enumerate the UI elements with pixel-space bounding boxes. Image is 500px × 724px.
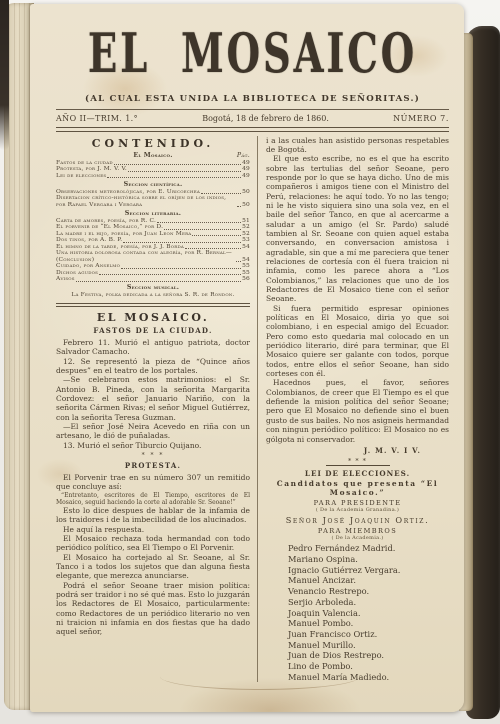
toc-dot-leader (236, 261, 241, 262)
list-item: Venancio Restrepo. (288, 586, 449, 597)
toc-dot-leader (237, 206, 241, 207)
toc-dot-leader (157, 222, 241, 223)
protesta-continuation: i a las cuales han asistido personas res… (266, 136, 449, 444)
toc-label: Lei de elecciones (56, 173, 106, 180)
toc-page-number: 56 (242, 276, 250, 283)
masthead-double-rule (56, 127, 449, 132)
book-spine (0, 0, 9, 150)
divider-ornament: * * * (326, 456, 390, 466)
toc-label: Seccion musical. (127, 285, 179, 292)
left-column: CONTENIDO. El Mosaico. Pág. Fastos de la… (56, 136, 258, 683)
toc-dot-leader (107, 177, 241, 178)
toc-label: Una historia dolorosa contada con alegrí… (56, 250, 235, 263)
article-heading: EL MOSAICO. (56, 311, 250, 324)
paragraph: Esto lo dice despues de hablar de la inf… (56, 506, 250, 525)
paragraph: El Porvenir trae en su número 307 un rem… (56, 473, 250, 492)
candidates-list: Pedro Fernández Madrid. Mariano Ospina. … (266, 543, 449, 682)
asterism-ornament: * * * (56, 452, 250, 459)
fastos-heading: FASTOS DE LA CIUDAD. (56, 326, 250, 335)
page-content: EL MOSAICO (AL CUAL ESTA UNIDA LA BIBLIO… (56, 28, 449, 704)
toc-page-number: 50 (242, 189, 250, 196)
toc-row: El Mosaico. Pág. (56, 153, 250, 160)
list-item: Mariano Ospina. (288, 554, 449, 565)
toc-page-number: 54 (242, 244, 250, 251)
masthead-subtitle: (AL CUAL ESTA UNIDA LA BIBLIOTECA DE SEÑ… (56, 94, 449, 104)
toc-label: El Mosaico. (133, 153, 172, 160)
list-item: Joaquin Valencia. (288, 608, 449, 619)
signature: J. M. V. I V. (266, 446, 449, 455)
toc-label: Disertacion crítico-histórica sobre el o… (56, 195, 236, 208)
list-item: Manuel Murillo. (288, 640, 449, 651)
issue-info-row: AÑO II—TRIM. 1.° Bogotá, 18 de febrero d… (56, 114, 449, 123)
toc-label: La Festiva, polka dedicada a la señora S… (71, 292, 234, 299)
paragraph: Si fuera permitido espresar opiniones po… (266, 304, 449, 379)
toc-row: Lei de elecciones 49 (56, 173, 250, 180)
list-item: Ignacio Gutiérrez Vergara. (288, 565, 449, 576)
paragraph: i a las cuales han asistido personas res… (266, 136, 449, 155)
fastos-article: Febrero 11. Murió el antiguo patriota, d… (56, 338, 250, 450)
members-note: ( De la Academia.) (266, 535, 449, 541)
toc-bottom-rule (56, 303, 250, 308)
toc-heading: CONTENIDO. (56, 137, 250, 150)
scanned-book-photo: EL MOSAICO (AL CUAL ESTA UNIDA LA BIBLIO… (0, 0, 500, 724)
toc-dot-leader (114, 164, 241, 165)
masthead-title: EL MOSAICO (72, 25, 434, 82)
toc-row: Una historia dolorosa contada con alegrí… (56, 250, 250, 263)
list-item: Pedro Fernández Madrid. (288, 543, 449, 554)
toc-dot-leader (164, 229, 241, 230)
paragraph: El Mosaico rechaza toda hermandad con to… (56, 534, 250, 553)
toc-page-number: 49 (242, 173, 250, 180)
toc-dot-leader (128, 171, 241, 172)
paragraph: He aquí la respuesta. (56, 525, 250, 534)
toc-row: Seccion científica. (56, 182, 250, 189)
edition-info: AÑO II—TRIM. 1.° (56, 114, 138, 123)
toc-label: Avisos (56, 276, 75, 283)
protesta-heading: PROTESTA. (56, 461, 250, 470)
toc-row: Seccion musical. (56, 285, 250, 292)
toc-dot-leader (185, 248, 241, 249)
right-column: i a las cuales han asistido personas res… (258, 136, 449, 683)
toc-page-number: Pág. (237, 153, 250, 160)
toc-label: Seccion literaria. (125, 211, 181, 218)
toc-dot-leader (201, 193, 241, 194)
list-item: Manuel Pombo. (288, 618, 449, 629)
paragraph: El que esto escribe, no es el que ha esc… (266, 154, 449, 304)
toc-dot-leader (192, 235, 241, 236)
toc-label: Seccion científica. (124, 182, 183, 189)
list-item: Manuel María Madiedo. (288, 672, 449, 683)
table-of-contents: El Mosaico. Pág. Fastos de la ciudad 49 (56, 153, 250, 299)
candidates-subtitle: Candidatos que presenta “El Mosaico.” (266, 479, 449, 497)
paragraph: Febrero 11. Murió el antiguo patriota, d… (56, 338, 250, 357)
paragraph: “Entretanto, escritores de El Tiempo, es… (56, 492, 250, 506)
toc-row: Seccion literaria. (56, 211, 250, 218)
toc-dot-leader (76, 281, 241, 282)
ornament-stars: * * * (348, 457, 367, 465)
toc-dot-leader (123, 242, 241, 243)
list-item: Serjio Arboleda. (288, 597, 449, 608)
paragraph: El Mosaico ha cortejado al Sr. Seoane, a… (56, 553, 250, 581)
toc-page-number: 50 (242, 202, 250, 209)
list-item: Juan de Dios Restrepo. (288, 650, 449, 661)
president-candidate: Señor José Joaquin Ortiz. (266, 515, 449, 525)
toc-row: La Festiva, polka dedicada a la señora S… (56, 292, 250, 299)
list-item: Manuel Ancizar. (288, 575, 449, 586)
issue-number: NÚMERO 7. (393, 114, 449, 123)
dateline: Bogotá, 18 de febrero de 1860. (138, 114, 393, 123)
paragraph: —Se celebraron estos matrimonios: el Sr.… (56, 375, 250, 422)
newspaper-page: EL MOSAICO (AL CUAL ESTA UNIDA LA BIBLIO… (30, 4, 464, 712)
elections-heading: LEI DE ELECCIONES. (266, 469, 449, 478)
masthead-rule (56, 109, 449, 110)
toc-dot-leader (121, 268, 241, 269)
paragraph: 13. Murió el señor Tiburcio Quijano. (56, 441, 250, 450)
list-item: Lino de Pombo. (288, 661, 449, 672)
columns: CONTENIDO. El Mosaico. Pág. Fastos de la… (56, 136, 449, 683)
president-label: PARA PRESIDENTE (266, 499, 449, 507)
toc-dot-leader (99, 274, 241, 275)
list-item: Juan Francisco Ortiz. (288, 629, 449, 640)
paragraph: —El señor José Neira Acevedo en riña con… (56, 422, 250, 441)
paragraph: Podrá el señor Seoane traer mision polít… (56, 581, 250, 637)
paragraph: Hacednos pues, el favor, señores Colombi… (266, 378, 449, 443)
protesta-article: El Porvenir trae en su número 307 un rem… (56, 473, 250, 637)
president-note: ( De la Academia Granadina.) (266, 507, 449, 513)
paragraph: 12. Se representó la pieza de “Quince añ… (56, 357, 250, 376)
toc-row: Avisos 56 (56, 276, 250, 283)
toc-row: Disertacion crítico-histórica sobre el o… (56, 195, 250, 208)
